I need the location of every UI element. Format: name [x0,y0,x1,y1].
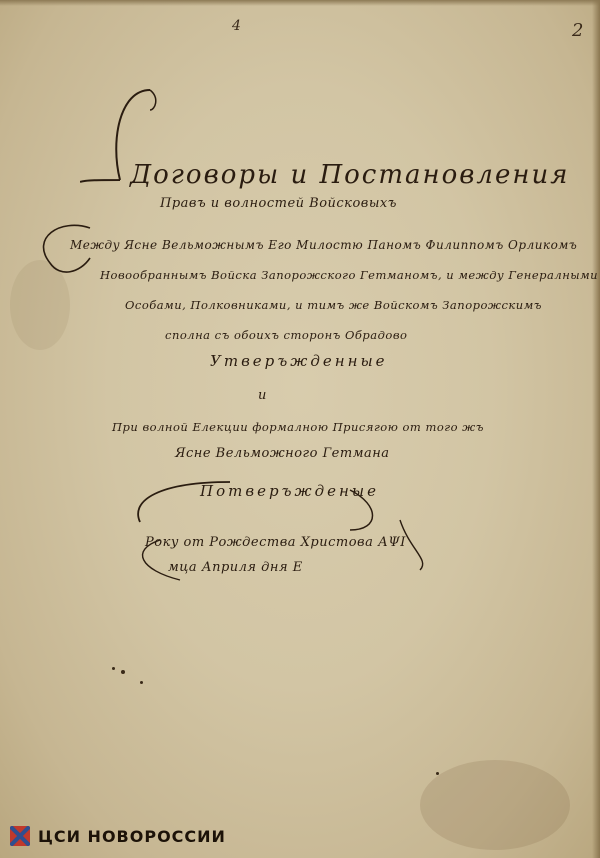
date-line: мца Априля дня Е [168,560,303,575]
document-title: Договоры и Постановления [130,160,569,190]
paper-stain [420,760,570,850]
manuscript-page: 4 2 Договоры и Постановления Правъ и вол… [0,0,600,858]
folio-number-right: 2 [572,20,583,41]
watermark: ЦСИ НОВОРОССИИ [10,826,226,846]
text-line: При волной Елекции формалною Присягою от… [112,420,484,434]
ink-blot [112,667,115,670]
watermark-label: ЦСИ НОВОРОССИИ [38,827,226,846]
ink-blot [140,681,143,684]
text-line: Особами, Полковниками, и тимъ же Войском… [125,298,542,312]
date-line: Року от Рождества Христова АΨІ [145,535,406,550]
novorossiya-flag-icon [10,826,30,846]
text-line: Ясне Вельможного Гетмана [175,446,390,461]
subtitle-line: Правъ и волностей Войсковыхъ [160,196,397,211]
folio-number: 4 [232,18,241,34]
text-line: сполна съ обоихъ сторонъ Обрадово [165,328,407,342]
ink-blot [121,670,125,674]
text-line: Новообраннымъ Войска Запорожского Гетман… [100,268,598,282]
page-edge-top [0,0,600,6]
page-edge-right [592,0,600,858]
text-line: Междy Ясне Вельможнымъ Его Милостю Паном… [70,238,577,252]
heading-utverzhdennye: Утверъжденные [210,352,388,370]
conjunction: и [258,388,267,403]
flourish-left [20,218,100,288]
ink-blot [436,772,439,775]
